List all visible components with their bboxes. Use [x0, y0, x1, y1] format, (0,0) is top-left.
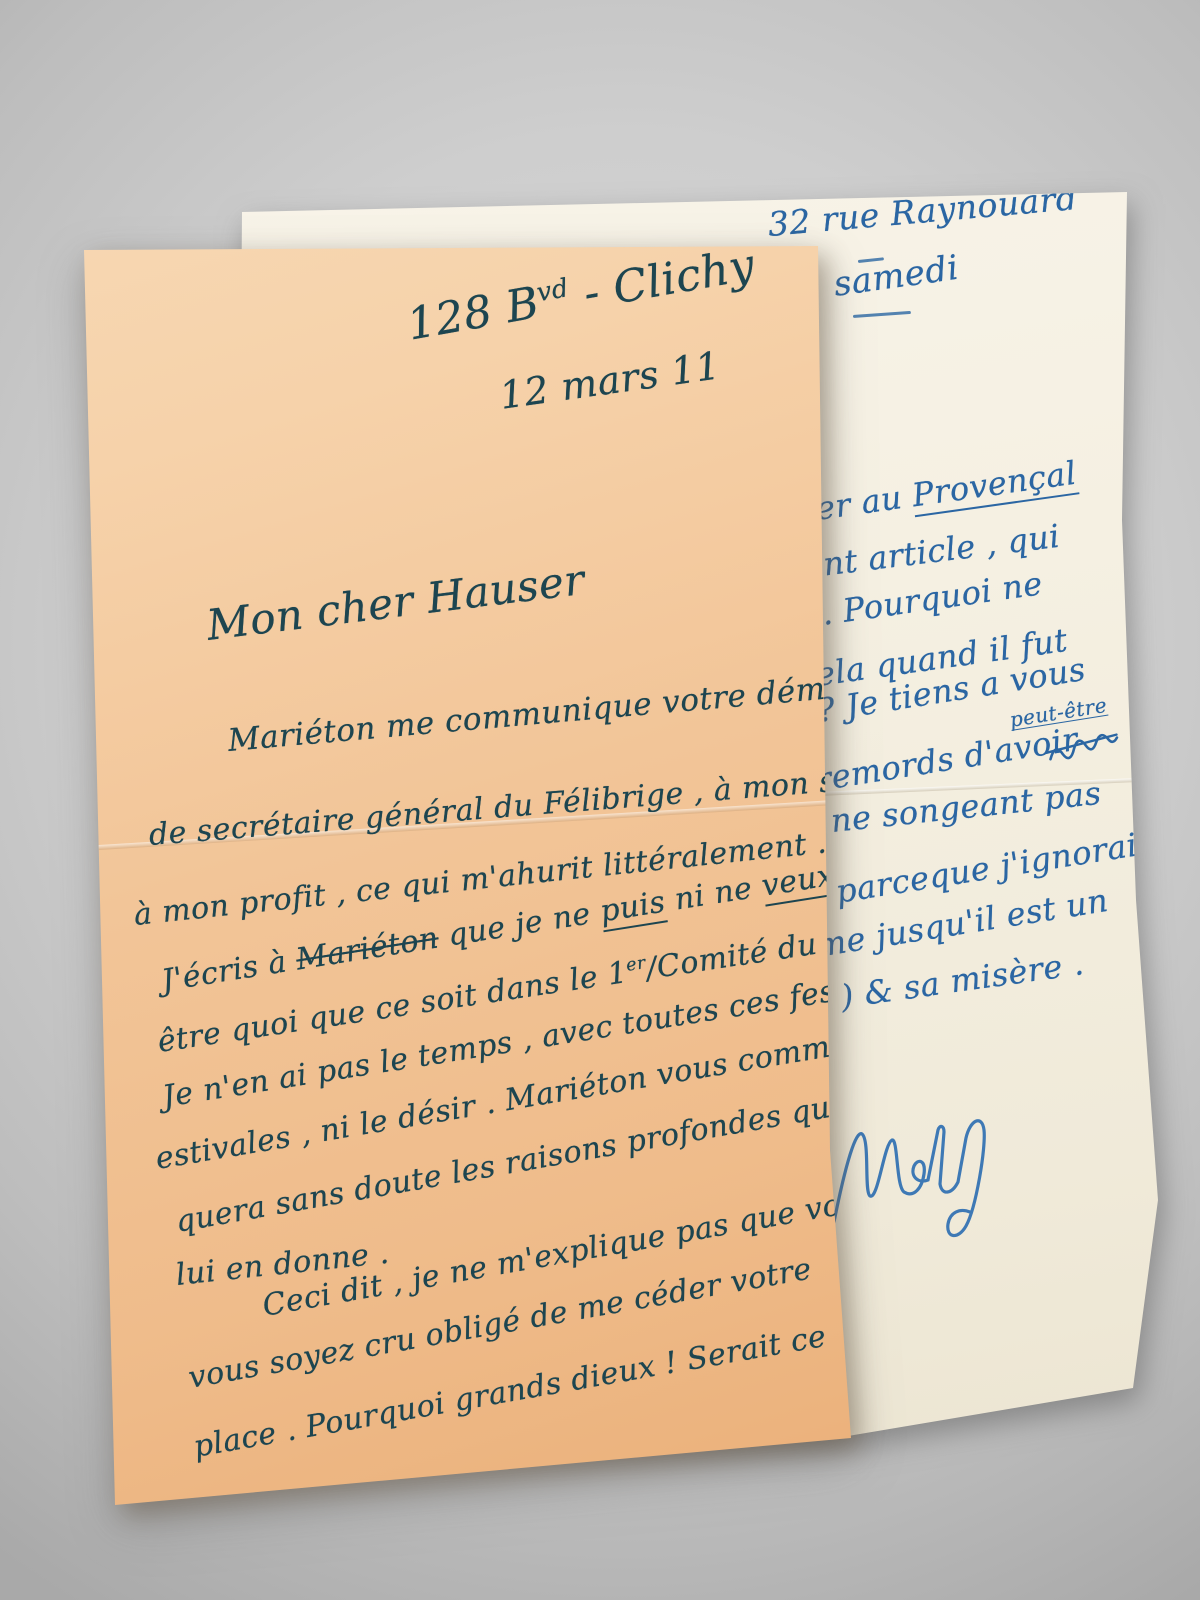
front-line-2: de secrétaire général du Félibrige , à m…	[148, 762, 897, 851]
front-paper-fold-crease	[82, 800, 833, 851]
back-interline-note: peut-être	[1008, 695, 1108, 731]
front-letter-paper: 128 Bvd - Clichy 12 mars 11 Mon cher Hau…	[0, 0, 1200, 1600]
handwriting-segment: 12 mars 11	[497, 343, 723, 418]
handwriting-segment: 32 rue Raynouard	[766, 178, 1079, 244]
handwriting-segment: vd	[535, 273, 571, 308]
back-dash-under-address	[858, 257, 884, 263]
front-line-5: être quoi que ce soit dans le 1er/Comité…	[156, 904, 988, 1057]
front-line-3: à mon profit , ce qui m'ahurit littérale…	[132, 828, 828, 931]
handwriting-segment: ni ne	[662, 869, 764, 919]
handwriting-segment: être quoi que ce soit dans le 1	[155, 955, 629, 1060]
handwriting-segment: er au	[813, 477, 915, 528]
handwriting-segment: place . Pourquoi grands dieux ! Serait c…	[191, 1319, 829, 1465]
handwriting-segment: Ceci dit , je ne m'explique pas que vous	[260, 1181, 879, 1324]
handwriting-segment: remords d'avoir	[813, 720, 1081, 799]
crossed-out-word-scribble	[1044, 726, 1122, 767]
handwriting-segment: me jusqu'il est un	[813, 881, 1111, 965]
handwriting-segment: ) & sa misère .	[838, 944, 1086, 1016]
handwriting-segment: ant article , qui	[802, 517, 1062, 586]
handwriting-segment: Mariéton	[294, 920, 441, 977]
back-fragment-7: ne songeant pas	[829, 777, 1102, 837]
handwriting-segment: . Pourquoi ne	[819, 564, 1045, 633]
handwriting-segment: peut-être	[1008, 693, 1109, 732]
front-line-7: estivales , ni le désir . Mariéton vous …	[154, 1022, 893, 1174]
back-fragment-3: . Pourquoi ne	[820, 567, 1045, 630]
handwriting-segment: 128 B	[403, 277, 543, 350]
handwriting-segment: /Comité du Félibrige .	[644, 901, 988, 986]
handwriting-segment: - Clichy	[566, 239, 759, 322]
handwriting-segment: er	[625, 953, 647, 976]
handwriting-segment: puis	[598, 885, 669, 933]
back-letter-paper: 32 rue Raynouard samedi er au Provençal …	[0, 0, 1200, 1600]
back-fragment-9: me jusqu'il est un	[813, 884, 1110, 962]
front-letter-shadow: 128 Bvd - Clichy 12 mars 11 Mon cher Hau…	[0, 0, 1200, 1600]
handwriting-segment: lui en donne .	[174, 1236, 391, 1293]
photo-background: 32 rue Raynouard samedi er au Provençal …	[0, 0, 1200, 1600]
handwriting-segment: Mariéton me communique votre démission	[226, 663, 920, 759]
front-line-12: place . Pourquoi grands dieux ! Serait c…	[191, 1322, 828, 1463]
back-fragment-4: ela quand il fut	[814, 624, 1070, 691]
front-date-line: 12 mars 11	[497, 346, 722, 415]
back-fragment-5: ? Je tiens a vous	[815, 653, 1087, 727]
front-line-10: Ceci dit , je ne m'explique pas que vous	[260, 1184, 878, 1322]
front-salutation-line: Mon cher Hauser	[204, 559, 587, 647]
handwriting-segment: estivales , ni le désir . Mariéton vous …	[153, 1019, 892, 1176]
handwriting-segment: ela quand il fut	[813, 621, 1070, 694]
handwriting-segment: J'écris à	[159, 943, 299, 999]
front-line-11: vous soyez cru obligé de me céder votre	[186, 1254, 814, 1393]
handwriting-segment: veux	[759, 858, 837, 907]
handwriting-segment: à mon profit , ce qui m'ahurit littérale…	[132, 825, 828, 933]
handwriting-segment: quera sans doute les raisons profondes q…	[173, 1080, 889, 1240]
handwriting-segment: Provençal	[910, 454, 1080, 518]
handwriting-segment: ne songeant pas	[829, 774, 1103, 840]
back-letter-shadow: 32 rue Raynouard samedi er au Provençal …	[0, 0, 1200, 1600]
back-paper-fold-crease	[795, 778, 1150, 797]
back-dash-under-day	[853, 311, 911, 318]
back-fragment-8: parceque j'ignorais	[833, 826, 1156, 908]
front-line-8: quera sans doute les raisons profondes q…	[173, 1083, 888, 1238]
back-address-line: 32 rue Raynouard	[767, 181, 1079, 241]
back-fragment-10: ) & sa misère .	[839, 947, 1086, 1013]
handwriting-segment: Mon cher Hauser	[204, 555, 587, 650]
back-fragment-2: ant article , qui	[802, 520, 1062, 583]
signature-scrawl	[826, 1100, 1041, 1245]
handwriting-segment: de secrétaire général du Félibrige , à m…	[148, 759, 897, 853]
front-line-1: Mariéton me communique votre démission	[227, 666, 920, 757]
handwriting-segment: Je n'en ai pas le temps , avec toutes ce…	[160, 959, 933, 1115]
back-fragment-1: er au Provençal	[814, 457, 1079, 525]
handwriting-segment: samedi	[831, 248, 961, 305]
handwriting-segment: ? Je tiens a vous	[815, 650, 1088, 730]
front-line-9: lui en donne .	[174, 1239, 390, 1291]
handwriting-segment: que je ne	[436, 895, 604, 955]
front-line-6: Je n'en ai pas le temps , avec toutes ce…	[161, 962, 933, 1113]
back-day-line: samedi	[832, 251, 961, 302]
front-address-line: 128 Bvd - Clichy	[404, 243, 758, 347]
handwriting-segment: vous soyez cru obligé de me céder votre	[186, 1252, 814, 1396]
back-fragment-6: remords d'avoir	[813, 723, 1080, 796]
handwriting-segment: parceque j'ignorais	[833, 823, 1157, 911]
front-line-4: J'écris à Mariéton que je ne puis ni ne …	[160, 861, 837, 997]
